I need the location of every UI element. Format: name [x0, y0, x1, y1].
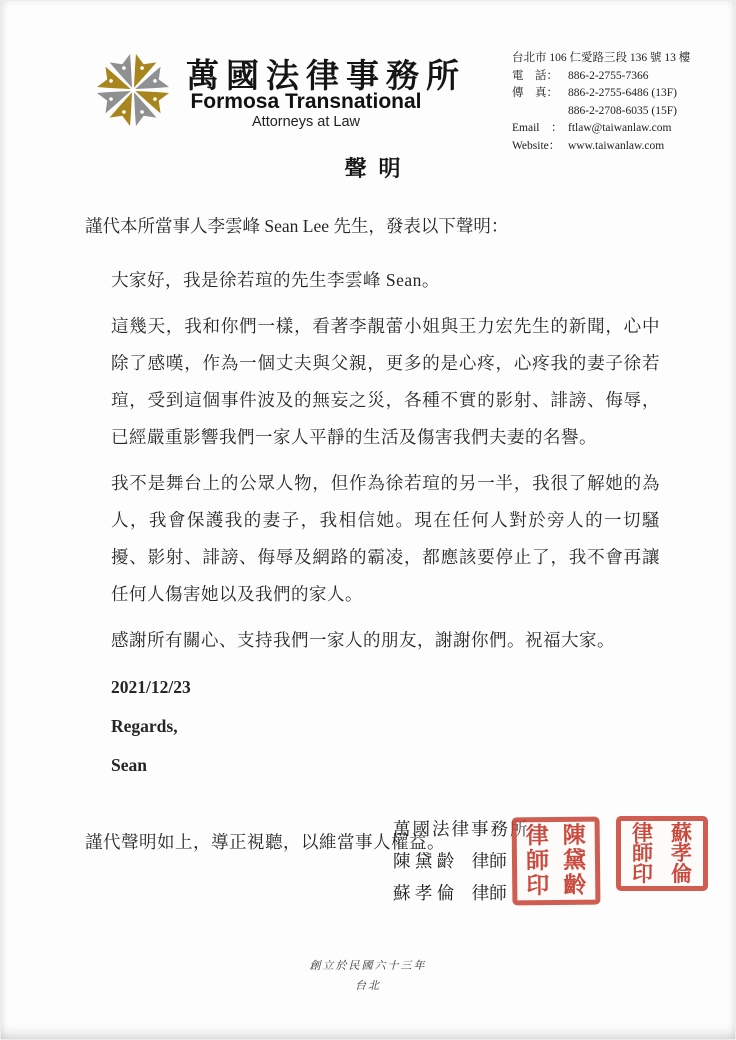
paragraph: 我不是舞台上的公眾人物，但作為徐若瑄的另一半，我很了解她的為人，我會保護我的妻子… — [111, 465, 660, 613]
statement-title: 聲明 — [85, 152, 660, 183]
fax-line: 傳 真：886-2-2755-6486 (13F) — [512, 85, 726, 103]
footer-founding-line: 創立於民國六十三年 — [0, 956, 736, 976]
address-line: 台北市 106 仁愛路三段 136 號 13 樓 — [512, 50, 726, 68]
phone-label: 電 話： — [512, 68, 568, 86]
statement-date: 2021/12/23 — [111, 668, 660, 707]
signature-lawyer-2: 蘇 孝 倫 律師 — [393, 877, 530, 909]
email-value: ftlaw@taiwanlaw.com — [568, 122, 671, 134]
fax-value-2: 886-2-2708-6035 (15F) — [568, 105, 677, 117]
lawyer-seal-chen-icon: 陳 黛 齡 律 師 印 — [512, 817, 601, 906]
signature-block: 萬國法律事務所 陳 黛 齡 律師 蘇 孝 倫 律師 — [393, 813, 530, 909]
firm-name-english: Formosa Transnational — [186, 90, 426, 114]
firm-subtitle: Attorneys at Law — [186, 114, 426, 130]
fax-value-1: 886-2-2755-6486 (13F) — [568, 87, 677, 99]
signer-name: Sean — [111, 746, 660, 785]
statement-body: 聲明 謹代本所當事人李雲峰 Sean Lee 先生，發表以下聲明： 大家好，我是… — [85, 152, 660, 854]
paragraph: 這幾天，我和你們一樣，看著李靚蕾小姐與王力宏先生的新聞，心中除了感嘆，作為一個丈… — [111, 308, 660, 456]
statement-letter-page: 萬國法律事務所 Formosa Transnational Attorneys … — [0, 0, 736, 1040]
phone-value: 886-2-2755-7366 — [568, 70, 649, 82]
signature-lawyer-1: 陳 黛 齡 律師 — [393, 845, 530, 877]
email-label: Email ： — [512, 120, 568, 138]
lawyer-seal-su-icon: 蘇 孝 倫 律 師 印 — [616, 816, 708, 891]
paragraph: 大家好，我是徐若瑄的先生李雲峰 Sean。 — [111, 262, 660, 299]
fax-line-2: 886-2-2708-6035 (15F) — [512, 103, 726, 121]
footer-city-line: 台北 — [0, 976, 736, 996]
website-value: www.taiwanlaw.com — [568, 140, 664, 152]
footer: 創立於民國六十三年 台北 — [0, 956, 736, 996]
regards-line: Regards, — [111, 707, 660, 746]
paragraph: 感謝所有關心、支持我們一家人的朋友，謝謝你們。祝福大家。 — [111, 622, 660, 659]
statement-paragraphs: 大家好，我是徐若瑄的先生李雲峰 Sean。 這幾天，我和你們一樣，看著李靚蕾小姐… — [111, 262, 660, 659]
email-line: Email ：ftlaw@taiwanlaw.com — [512, 120, 726, 138]
pen-nib-star-icon — [92, 45, 174, 135]
signoff-block: 2021/12/23 Regards, Sean — [111, 668, 660, 785]
signature-firm: 萬國法律事務所 — [393, 813, 530, 845]
statement-intro: 謹代本所當事人李雲峰 Sean Lee 先生，發表以下聲明： — [85, 213, 660, 238]
contact-block: 台北市 106 仁愛路三段 136 號 13 樓 電 話：886-2-2755-… — [512, 50, 726, 155]
fax-label: 傳 真： — [512, 85, 568, 103]
phone-line: 電 話：886-2-2755-7366 — [512, 68, 726, 86]
